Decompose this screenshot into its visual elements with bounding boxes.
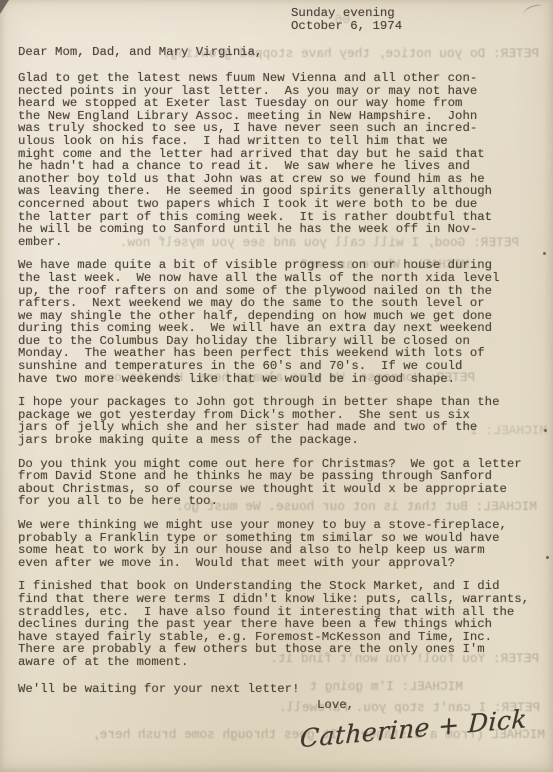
letter-line: concerned about two papers which I took … xyxy=(18,198,548,211)
paragraph: Glad to get the latest news fuum New Vie… xyxy=(18,72,548,248)
letter-line: I hope your packages to John got through… xyxy=(18,396,548,409)
letter-line: ember. xyxy=(18,236,548,249)
letter-line: Glad to get the latest news fuum New Vie… xyxy=(18,72,548,85)
scanned-letter-page: 06PETER: Do you notice, they have stoppe… xyxy=(0,0,553,772)
letter-line: have two more weekends like that we woul… xyxy=(18,373,548,386)
letter-line: he hadn't had a chance to read it. We sa… xyxy=(18,160,548,173)
letter-line: heard we stopped at Exeter last Tuesday … xyxy=(18,97,548,110)
letter-line: he will be coming to Sanford until he ha… xyxy=(18,223,548,236)
corner-mark xyxy=(0,0,9,14)
letter-line: even after we move in. Would that meet w… xyxy=(18,557,548,570)
letter-line: aware of at the moment. xyxy=(18,656,548,669)
letter-line: find that there were terms I didn't know… xyxy=(18,593,548,606)
letter-line: the last week. We now have all the walls… xyxy=(18,272,548,285)
letter-line: sunshine and temperatures in the 60's an… xyxy=(18,360,548,373)
date-block: Sunday evening October 6, 1974 xyxy=(291,7,402,32)
letter-body: Glad to get the latest news fuum New Vie… xyxy=(18,72,548,680)
letter-line: rafters. Next weekend we may do the same… xyxy=(18,297,548,310)
final-line: We'll be waiting for your next letter! xyxy=(18,683,299,696)
letter-line: some heat to work by in our house and al… xyxy=(18,544,548,557)
letter-line: during this coming week. We will have an… xyxy=(18,322,548,335)
date-line: October 6, 1974 xyxy=(291,20,402,33)
paragraph: Do you think you might come out here for… xyxy=(18,458,548,508)
letter-line: ulous look on his face. I had written to… xyxy=(18,135,548,148)
paragraph: I finished that book on Understanding th… xyxy=(18,580,548,668)
date-day-line: Sunday evening xyxy=(291,7,402,20)
letter-line: for you all to be here too. xyxy=(18,495,548,508)
pen-scratch-mark xyxy=(522,3,544,19)
paragraph: We were thinking we might use your money… xyxy=(18,519,548,569)
letter-line: declines during the past year there have… xyxy=(18,618,548,631)
greeting: Dear Mom, Dad, and Mary Virginia, xyxy=(18,46,262,59)
letter-line: We were thinking we might use your money… xyxy=(18,519,548,532)
letter-line: jars broke making quite a mess of the pa… xyxy=(18,434,548,447)
paragraph: I hope your packages to John got through… xyxy=(18,396,548,446)
closing: Love, xyxy=(317,699,354,712)
paragraph: We have made quite a bit of visible prog… xyxy=(18,259,548,385)
bleedthrough-line: MICHAEL: I'm going t xyxy=(309,680,463,693)
letter-line: from David Stone and he thinks he may be… xyxy=(18,470,548,483)
